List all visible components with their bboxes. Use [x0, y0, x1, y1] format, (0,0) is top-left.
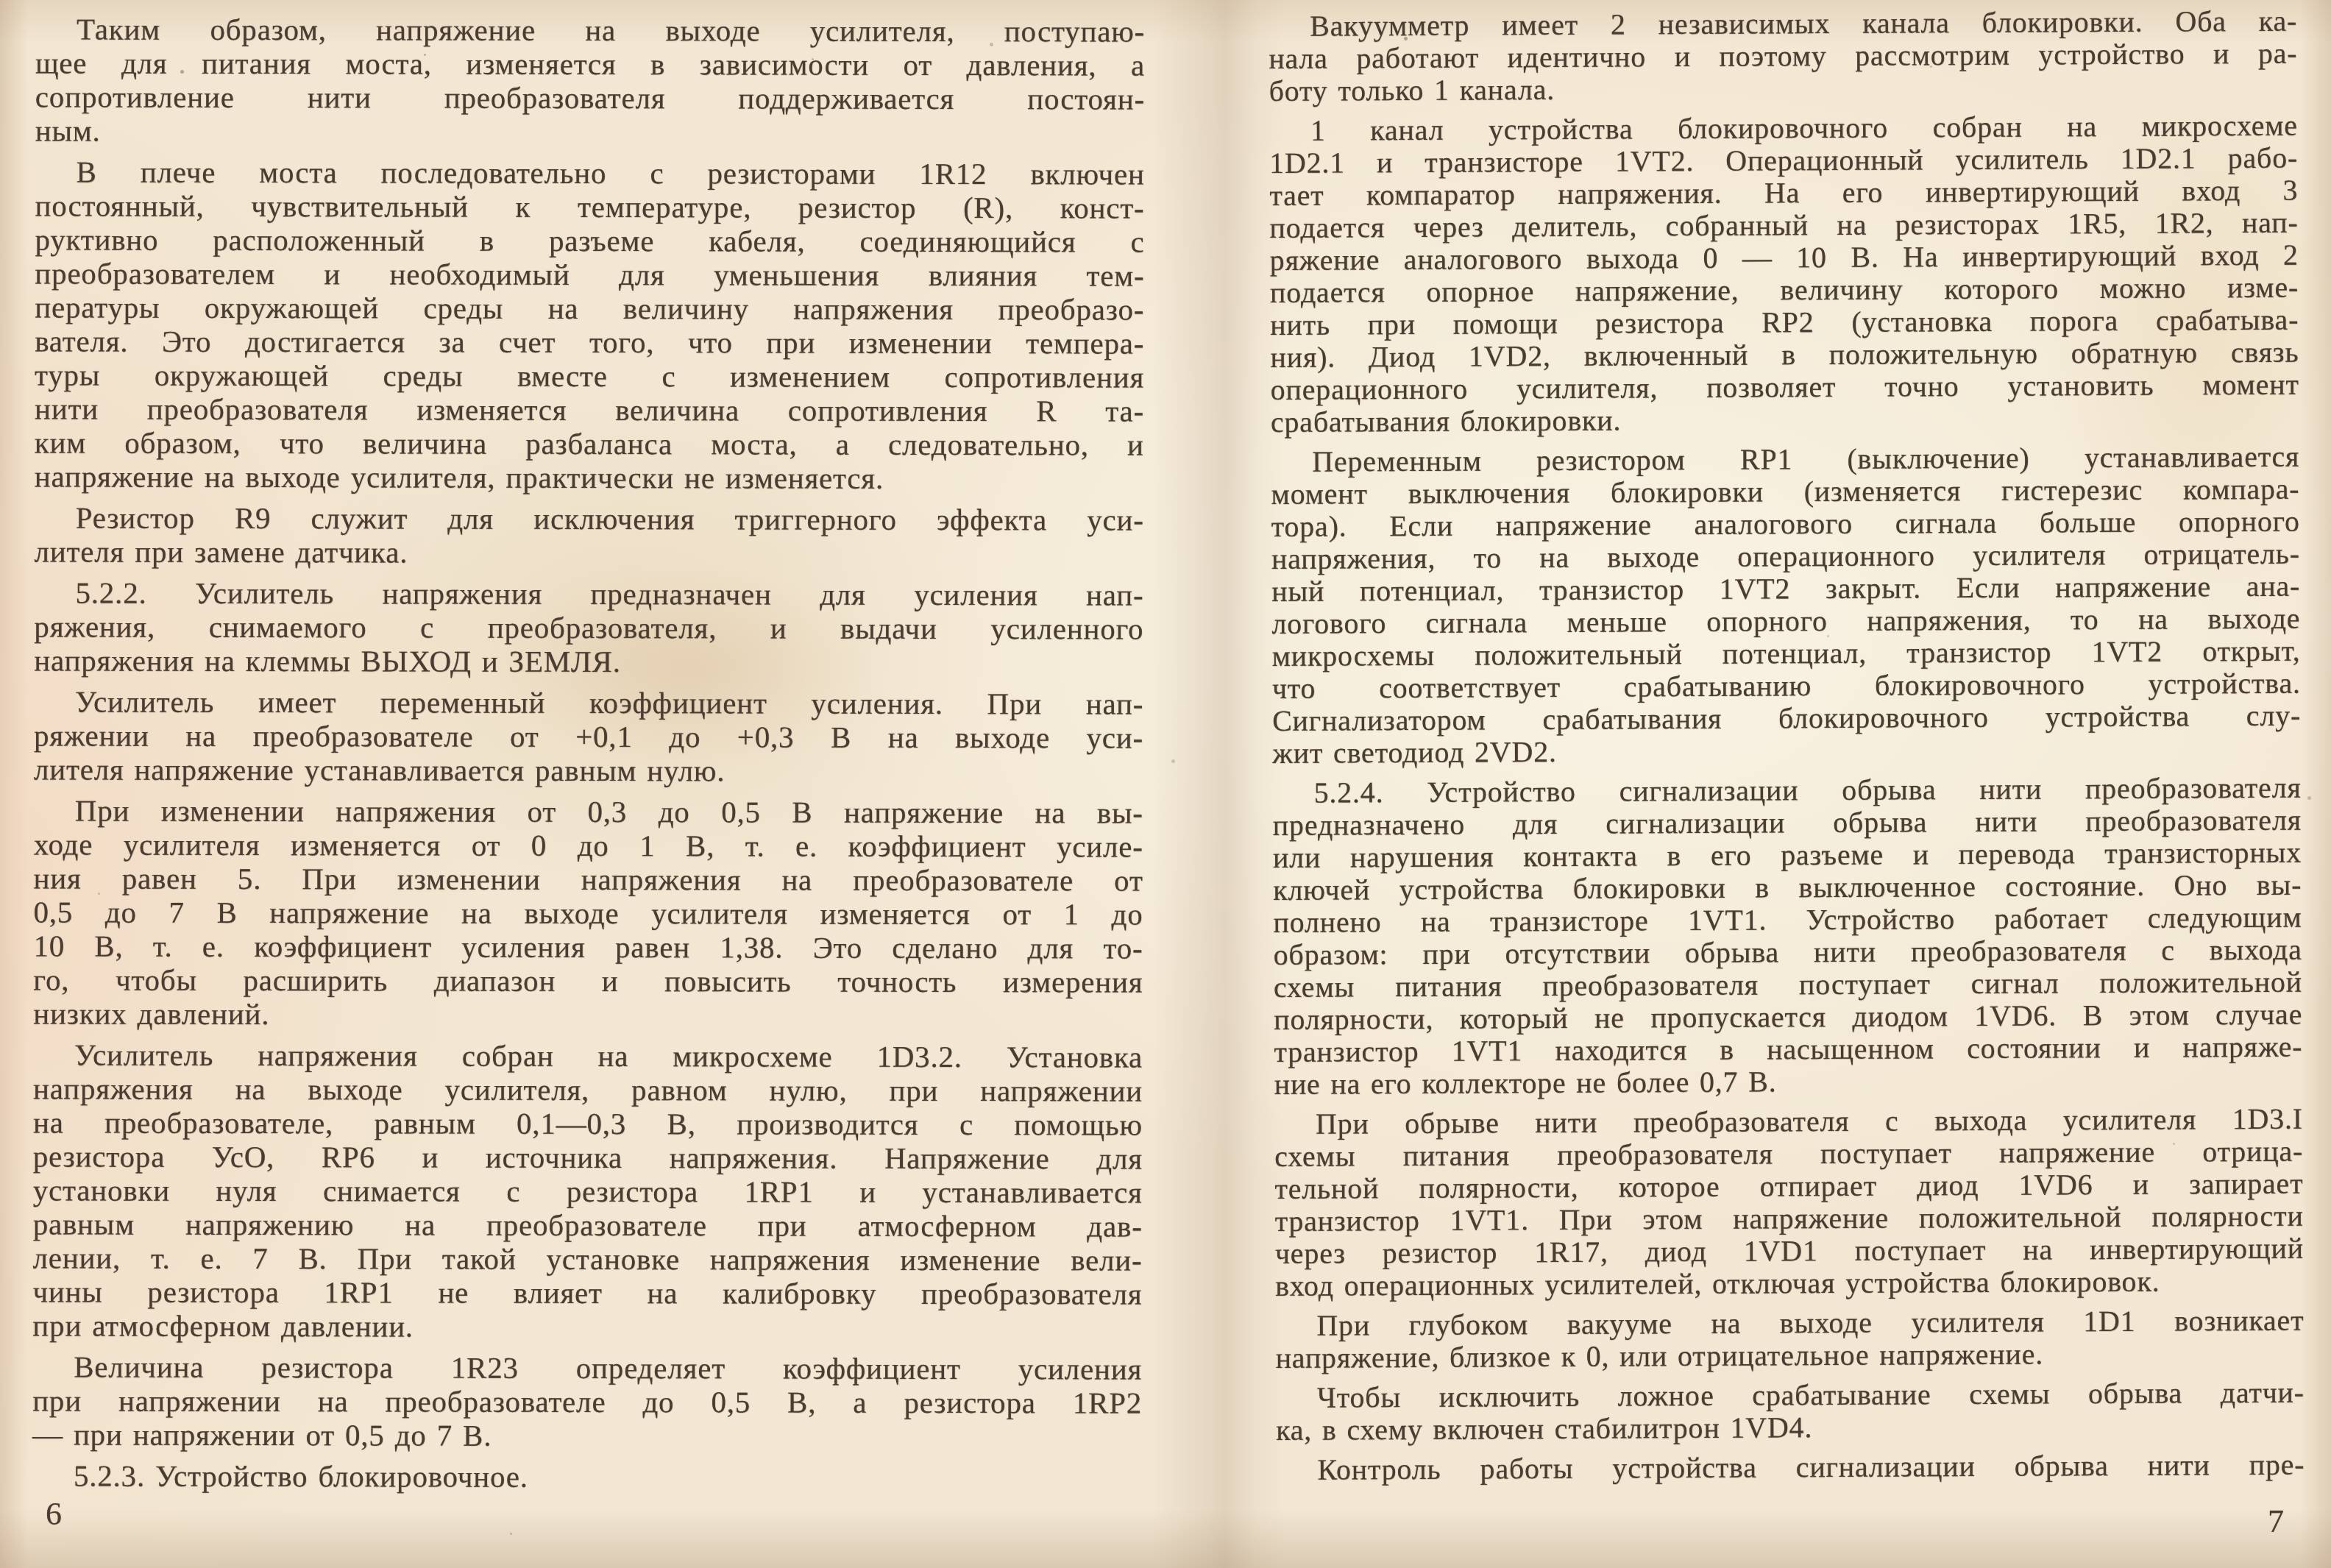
- text-line: Усилитель напряжения собран на микросхем…: [33, 1037, 1143, 1074]
- text-line: на преобразователе, равным 0,1—0,3 В, пр…: [33, 1105, 1143, 1141]
- text-line: ка, в схему включен стабилитрон 1VD4.: [1276, 1409, 2305, 1447]
- paragraph: Переменным резистором RP1 (выключение) у…: [1271, 441, 2301, 770]
- text-line: жит светодиод 2VD2.: [1272, 732, 2301, 770]
- text-line: При изменении напряжения от 0,3 до 0,5 В…: [34, 793, 1143, 829]
- text-line: руктивно расположенный в разъеме кабеля,…: [35, 222, 1144, 258]
- text-line: ким образом, что величина разбаланса мос…: [35, 425, 1144, 461]
- paragraph: Усилитель напряжения собран на микросхем…: [32, 1037, 1143, 1344]
- text-line: лителя напряжение устанавливается равным…: [34, 752, 1143, 788]
- text-line: нити преобразователя изменяется величина…: [35, 391, 1144, 428]
- paragraph: Таким образом, напряжение на выходе усил…: [35, 12, 1145, 149]
- paragraph: Чтобы исключить ложное срабатывание схем…: [1276, 1377, 2305, 1447]
- text-line: чины резистора 1RP1 не влияет на калибро…: [32, 1274, 1142, 1310]
- text-line: низких давлений.: [33, 996, 1143, 1032]
- text-line: при атмосферном давлении.: [32, 1308, 1142, 1344]
- text-line: Усилитель имеет переменный коэффициент у…: [34, 684, 1143, 720]
- text-line: 5.2.3. Устройство блокировочное.: [32, 1458, 1142, 1494]
- text-line: ряжении на преобразователе от +0,1 до +0…: [34, 718, 1143, 754]
- text-line: установки нуля снимается с резистора 1RP…: [33, 1173, 1143, 1209]
- paragraph: 1 канал устройства блокировочного собран…: [1269, 110, 2299, 439]
- text-line: лении, т. е. 7 В. При такой установке на…: [33, 1241, 1143, 1277]
- text-line: преобразователем и необходимый для умень…: [35, 256, 1144, 292]
- paragraph: Вакуумметр имеет 2 независимых канала бл…: [1269, 5, 2298, 107]
- text-line: лителя при замене датчика.: [35, 534, 1144, 570]
- text-line: Таким образом, напряжение на выходе усил…: [35, 12, 1145, 48]
- text-line: постоянный, чувствительный к температуре…: [35, 188, 1145, 224]
- text-line: го, чтобы расширить диапазон и повысить …: [33, 962, 1143, 998]
- text-line: напряжения на клеммы ВЫХОД и ЗЕМЛЯ.: [34, 643, 1143, 679]
- dust-specks: [0, 0, 4, 4]
- text-line: напряжение на выходе усилителя, практиче…: [35, 459, 1144, 495]
- paragraph: 5.2.2. Усилитель напряжения предназначен…: [34, 575, 1143, 679]
- paragraph: 5.2.3. Устройство блокировочное.: [32, 1458, 1142, 1494]
- paragraph: Усилитель имеет переменный коэффициент у…: [34, 684, 1143, 788]
- paragraph: В плече моста последовательно с резистор…: [35, 155, 1145, 495]
- text-line: В плече моста последовательно с резистор…: [35, 155, 1145, 191]
- text-line: транзистор 1VT1 находится в насыщенном с…: [1274, 1031, 2302, 1068]
- text-line: 0,5 до 7 В напряжение на выходе усилител…: [33, 895, 1143, 931]
- text-line: вход операционных усилителей, отключая у…: [1275, 1265, 2304, 1302]
- text-line: напряжения на выходе усилителя, равном н…: [33, 1071, 1143, 1107]
- text-line: туры окружающей среды вместе с изменение…: [35, 358, 1144, 394]
- text-line: ния равен 5. При изменении напряжения на…: [34, 861, 1143, 897]
- paragraph: Контроль работы устройства сигнализации …: [1276, 1449, 2305, 1486]
- left-page: Таким образом, напряжение на выходе усил…: [32, 12, 1145, 1494]
- paragraph: Величина резистора 1R23 определяет коэфф…: [32, 1349, 1142, 1453]
- text-line: Контроль работы устройства сигнализации …: [1276, 1449, 2305, 1486]
- text-line: ным.: [35, 113, 1145, 149]
- paragraph: При глубоком вакууме на выходе усилителя…: [1275, 1305, 2304, 1374]
- page-number-right: 7: [2268, 1503, 2284, 1540]
- text-line: операционного усилителя, позволяет точно…: [1271, 369, 2299, 406]
- text-line: ходе усилителя изменяется от 0 до 1 В, т…: [34, 827, 1143, 863]
- paragraph: 5.2.4. Устройство сигнализации обрыва ни…: [1272, 772, 2302, 1101]
- text-line: Чтобы исключить ложное срабатывание схем…: [1276, 1377, 2305, 1414]
- text-line: нала работают идентично и поэтому рассмо…: [1269, 38, 2297, 75]
- text-line: сопротивление нити преобразователя подде…: [35, 79, 1145, 116]
- text-line: пературы окружающей среды на величину на…: [35, 290, 1144, 326]
- text-line: щее для питания моста, изменяется в зави…: [35, 46, 1145, 82]
- paragraph: При изменении напряжения от 0,3 до 0,5 В…: [33, 793, 1143, 1032]
- text-line: 5.2.2. Усилитель напряжения предназначен…: [34, 575, 1143, 611]
- text-line: ние на его коллекторе не более 0,7 В.: [1274, 1063, 2303, 1101]
- paragraph: Резистор R9 служит для исключения тригге…: [35, 500, 1144, 570]
- paragraph: При обрыве нити преобразователя с выхода…: [1274, 1103, 2304, 1302]
- text-line: равным напряжению на преобразователе при…: [33, 1207, 1143, 1243]
- scanned-book-spread: Таким образом, напряжение на выходе усил…: [0, 0, 2331, 1568]
- text-line: вателя. Это достигается за счет того, чт…: [35, 324, 1144, 360]
- text-line: Величина резистора 1R23 определяет коэфф…: [32, 1349, 1142, 1386]
- text-line: Сигнализатором срабатывания блокировочно…: [1272, 700, 2301, 737]
- text-line: при напряжении на преобразователе до 0,5…: [32, 1383, 1142, 1419]
- page-number-left: 6: [46, 1495, 62, 1533]
- text-line: боту только 1 канала.: [1269, 70, 2297, 107]
- text-line: резистора УсО, RP6 и источника напряжени…: [33, 1139, 1143, 1175]
- center-fold-shadow: [1152, 0, 1285, 1568]
- text-line: — при напряжении от 0,5 до 7 В.: [32, 1417, 1142, 1453]
- right-page: Вакуумметр имеет 2 независимых канала бл…: [1269, 5, 2305, 1486]
- text-line: срабатывания блокировки.: [1271, 401, 2299, 439]
- text-line: Резистор R9 служит для исключения тригге…: [35, 500, 1144, 536]
- text-line: напряжение, близкое к 0, или отрицательн…: [1275, 1337, 2304, 1374]
- left-page-text: Таким образом, напряжение на выходе усил…: [32, 12, 1145, 1494]
- right-page-text: Вакуумметр имеет 2 независимых канала бл…: [1269, 5, 2305, 1486]
- text-line: 10 В, т. е. коэффициент усиления равен 1…: [33, 929, 1143, 965]
- text-line: ряжения, снимаемого с преобразователя, и…: [34, 609, 1143, 645]
- text-line: При глубоком вакууме на выходе усилителя…: [1275, 1305, 2304, 1342]
